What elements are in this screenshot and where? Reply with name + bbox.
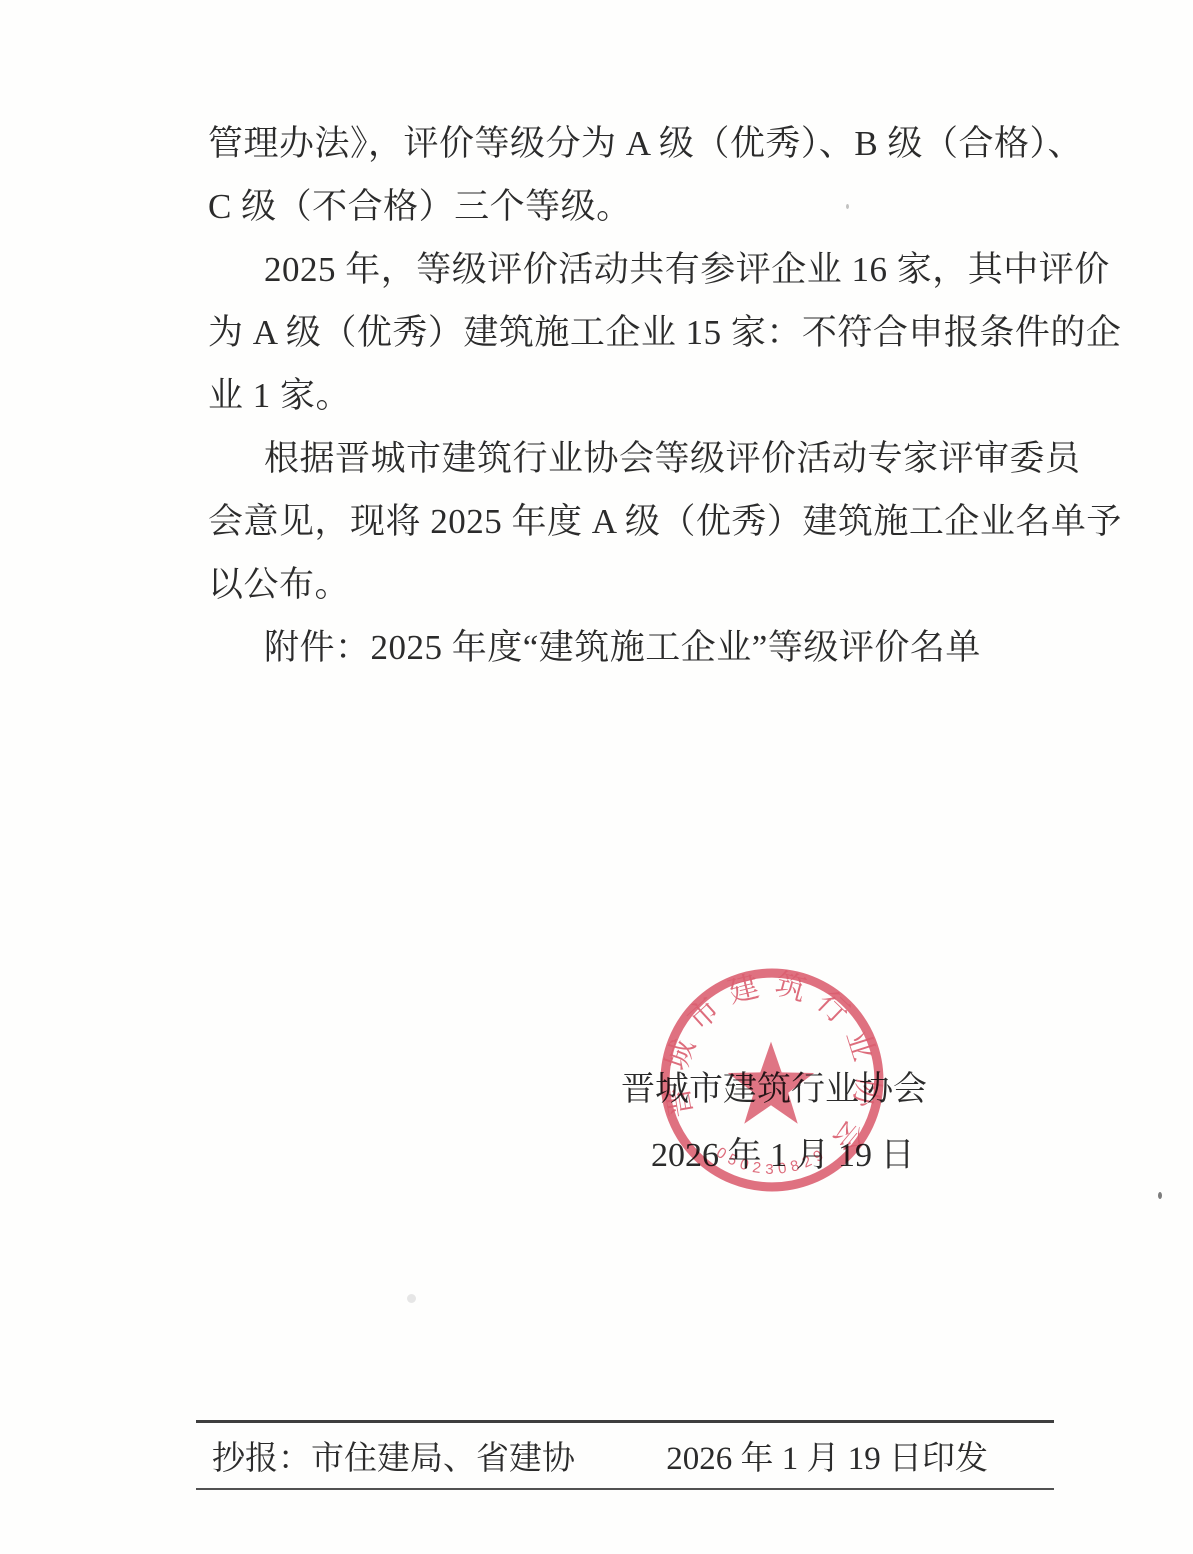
attachment-line: 附件：2025 年度“建筑施工企业”等级评价名单 <box>208 616 1023 679</box>
official-seal: 晋城市建筑行业协会 1405023082962 <box>656 964 888 1196</box>
body-line: 以公布。 <box>208 553 1023 616</box>
body-line: 管理办法》，评价等级分为 A 级（优秀）、B 级（合格）、 <box>208 112 1023 175</box>
footer-print-date: 2026 年 1 月 19 日印发 <box>666 1432 1054 1479</box>
footer-copy-to: 抄报：市住建局、省建协 <box>196 1432 575 1479</box>
body-line: 会意见，现将 2025 年度 A 级（优秀）建筑施工企业名单予 <box>208 490 1023 553</box>
body-line: 根据晋城市建筑行业协会等级评价活动专家评审委员 <box>208 427 1023 490</box>
scan-artifact <box>1158 1192 1162 1199</box>
document-page: 管理办法》，评价等级分为 A 级（优秀）、B 级（合格）、 C 级（不合格）三个… <box>0 0 1193 1554</box>
seal-star-icon <box>728 1042 814 1124</box>
body-line: 为 A 级（优秀）建筑施工企业 15 家：不符合申报条件的企 <box>208 301 1023 364</box>
scan-artifact <box>846 204 849 209</box>
body-line: C 级（不合格）三个等级。 <box>208 175 1023 238</box>
body-line: 业 1 家。 <box>208 364 1023 427</box>
document-footer: 抄报：市住建局、省建协 2026 年 1 月 19 日印发 <box>196 1420 1054 1490</box>
body-line: 2025 年，等级评价活动共有参评企业 16 家，其中评价 <box>208 238 1023 301</box>
scan-artifact <box>407 1294 416 1303</box>
seal-graphic: 晋城市建筑行业协会 1405023082962 <box>656 964 888 1196</box>
document-body: 管理办法》，评价等级分为 A 级（优秀）、B 级（合格）、 C 级（不合格）三个… <box>208 112 1023 679</box>
